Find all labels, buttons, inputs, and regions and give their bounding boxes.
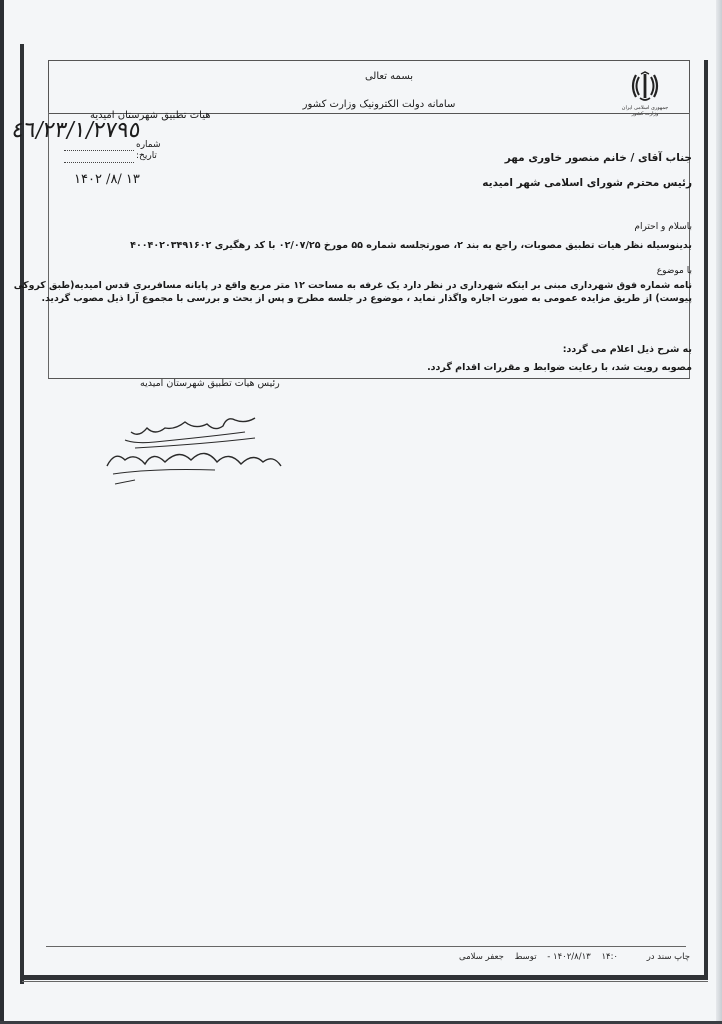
printed-by-label: توسط xyxy=(515,952,537,962)
recipient-name: جناب آقای / خانم منصور خاوری مهر xyxy=(505,152,692,164)
footer-divider xyxy=(46,946,686,947)
date-label: تاریخ: xyxy=(136,151,157,161)
bismillah: بسمه تعالی xyxy=(329,71,449,82)
greeting: باسلام و احترام xyxy=(634,222,692,232)
frame-bar-right xyxy=(704,60,708,980)
date-field-line xyxy=(64,162,134,163)
recipient-title: رئیس محترم شورای اسلامی شهر امیدیه xyxy=(482,177,692,189)
signer-title: رئیس هیات تطبیق شهرستان امیدیه xyxy=(140,378,280,389)
signature-scribble-icon xyxy=(95,410,295,490)
frame-bar-left xyxy=(20,44,24,984)
scan-edge-right xyxy=(716,0,722,1024)
frame-bar-bottom xyxy=(22,975,708,980)
subject-label: با موضوع xyxy=(657,266,692,276)
printed-time: ۱۴:۰ xyxy=(601,952,618,962)
decision-text: مصوبه رویت شد، با رعایت ضوابط و مقررات ا… xyxy=(427,362,692,373)
printed-by-name: جعفر سلامی xyxy=(459,952,504,962)
letter-number-handwritten: ٤٦/٢٣/١/٢٧٩٥ xyxy=(10,118,142,143)
printed-label: چاپ سند در xyxy=(647,952,690,962)
handwritten-signature xyxy=(95,410,295,490)
letter-date-handwritten: ۱۴۰۲ /۸/ ۱۳ xyxy=(74,172,140,187)
number-field-line xyxy=(64,150,134,151)
print-footer: چاپ سند در ۱۴:۰ ۱۴۰۲/۸/۱۳ - توسط جعفر سل… xyxy=(433,952,690,962)
subject-text-line-2: پیوست) از طریق مزایده عمومی به صورت اجار… xyxy=(41,293,692,304)
scan-edge-left xyxy=(0,0,4,1024)
system-title: سامانه دولت الکترونیک وزارت کشور xyxy=(279,99,479,110)
iran-emblem-icon xyxy=(628,69,662,103)
footer-bottom-rule xyxy=(22,981,708,982)
subject-text-line-1: نامه شماره فوق شهرداری مبنی بر اینکه شهر… xyxy=(14,280,692,291)
letterhead: جمهوری اسلامی ایران وزارت کشور بسمه تعال… xyxy=(48,60,690,113)
printed-date: ۱۴۰۲/۸/۱۳ - xyxy=(547,952,590,962)
number-label: شماره xyxy=(136,140,161,150)
reference-line: بدینوسیله نظر هیات تطبیق مصوبات، راجع به… xyxy=(130,240,692,251)
decision-label: به شرح ذیل اعلام می گردد: xyxy=(563,344,692,355)
